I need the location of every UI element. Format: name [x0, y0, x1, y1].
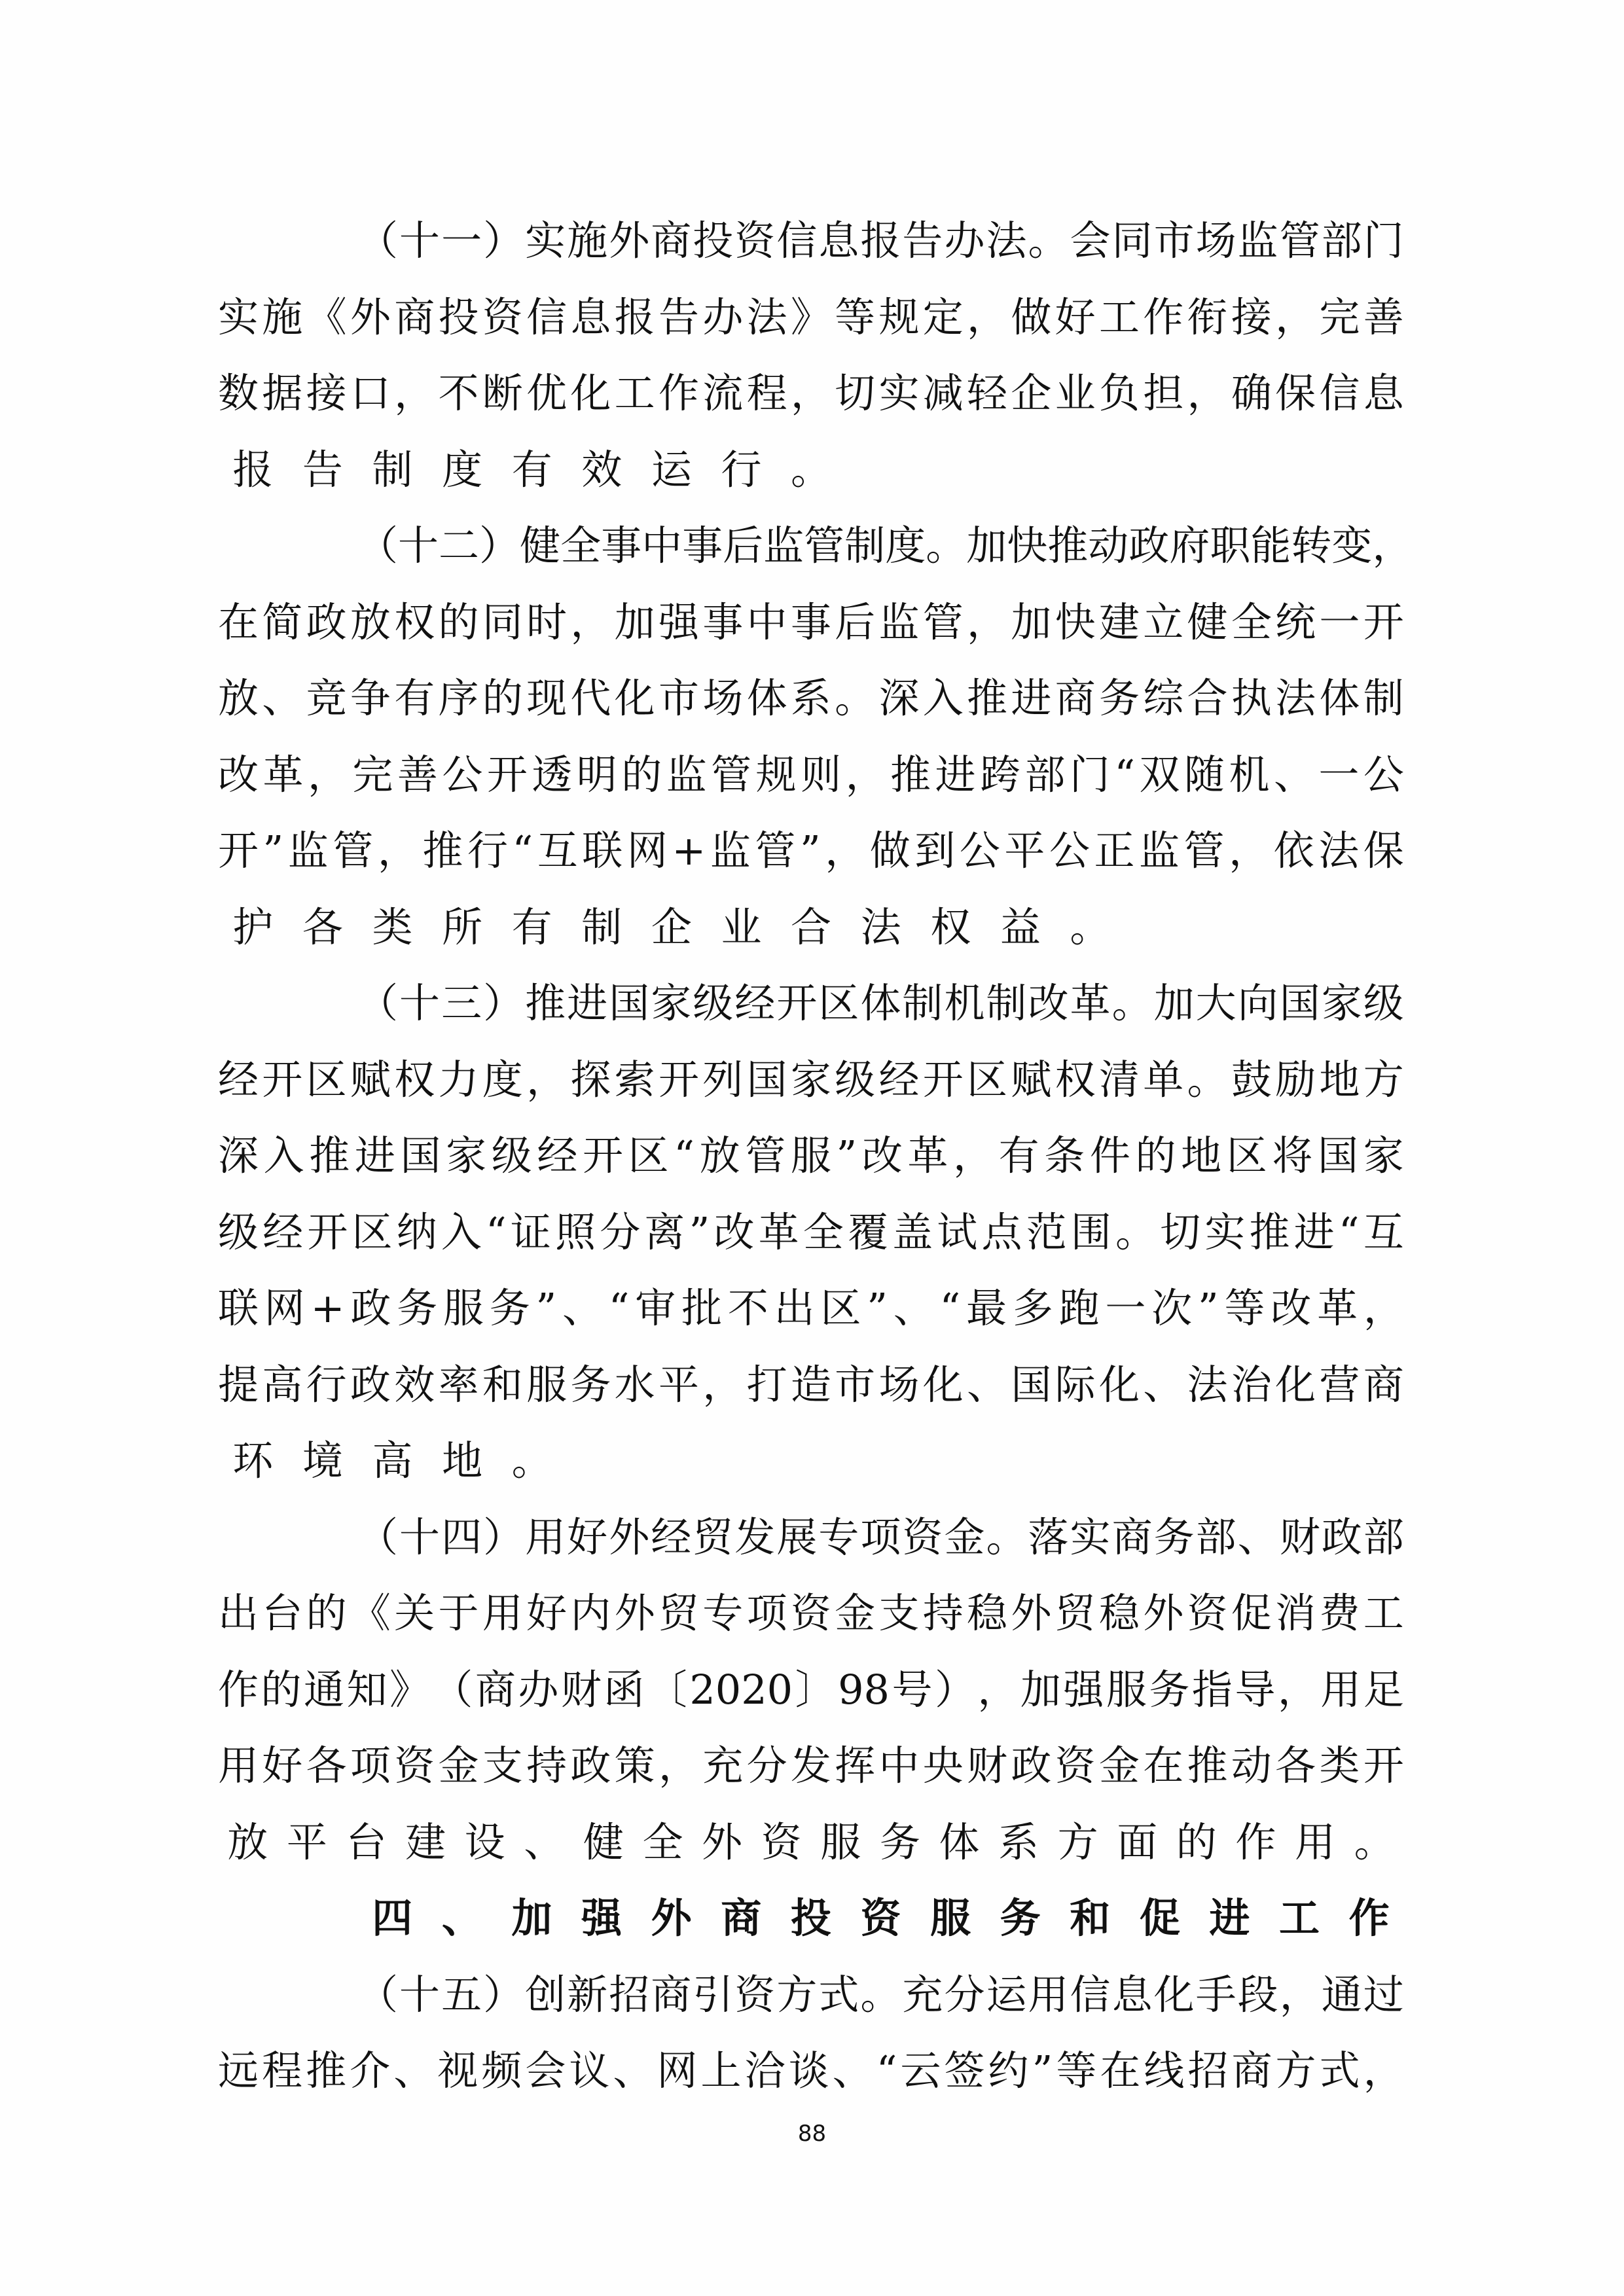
text-line: 改革，完善公开透明的监管规则，推进跨部门“双随机、一公	[218, 737, 1404, 814]
text-line: 作的通知》（商办财函〔2020〕98号），加强服务指导，用足	[218, 1652, 1404, 1729]
text-line: 提高行政效率和服务水平，打造市场化、国际化、法治化营商	[218, 1347, 1404, 1424]
text-line: 实施《外商投资信息报告办法》等规定，做好工作衔接，完善	[218, 279, 1404, 356]
body-text: （十一）实施外商投资信息报告办法。会同市场监管部门实施《外商投资信息报告办法》等…	[218, 203, 1404, 2109]
section-heading: 四、加强外商投资服务和促进工作	[218, 1880, 1404, 1957]
text-line: （十五）创新招商引资方式。充分运用信息化手段，通过	[218, 1957, 1404, 2034]
document-page: （十一）实施外商投资信息报告办法。会同市场监管部门实施《外商投资信息报告办法》等…	[0, 0, 1624, 2296]
page-number: 88	[0, 2121, 1624, 2147]
text-line: 联网+政务服务”、“审批不出区”、“最多跑一次”等改革，	[218, 1270, 1404, 1347]
text-line: 远程推介、视频会议、网上洽谈、“云签约”等在线招商方式，	[218, 2033, 1404, 2109]
text-line: 用好各项资金支持政策，充分发挥中央财政资金在推动各类开	[218, 1728, 1404, 1804]
text-line: 放、竞争有序的现代化市场体系。深入推进商务综合执法体制	[218, 660, 1404, 737]
text-line: 报告制度有效运行。	[218, 432, 1404, 509]
text-line: （十二）健全事中事后监管制度。加快推动政府职能转变，	[218, 508, 1404, 584]
text-line: 在简政放权的同时，加强事中事后监管，加快建立健全统一开	[218, 584, 1404, 661]
text-line: （十四）用好外经贸发展专项资金。落实商务部、财政部	[218, 1499, 1404, 1576]
text-line: 放平台建设、健全外资服务体系方面的作用。	[218, 1804, 1404, 1881]
text-line: 护各类所有制企业合法权益。	[218, 889, 1404, 966]
text-line: 出台的《关于用好内外贸专项资金支持稳外贸稳外资促消费工	[218, 1575, 1404, 1652]
text-line: 开”监管，推行“互联网+监管”，做到公平公正监管，依法保	[218, 813, 1404, 889]
text-line: 数据接口，不断优化工作流程，切实减轻企业负担，确保信息	[218, 355, 1404, 432]
text-line: 环境高地。	[218, 1423, 1404, 1499]
text-line: （十三）推进国家级经开区体制机制改革。加大向国家级	[218, 965, 1404, 1042]
text-line: 经开区赋权力度，探索开列国家级经开区赋权清单。鼓励地方	[218, 1042, 1404, 1119]
text-line: 级经开区纳入“证照分离”改革全覆盖试点范围。切实推进“互	[218, 1194, 1404, 1271]
text-line: 深入推进国家级经开区“放管服”改革，有条件的地区将国家	[218, 1118, 1404, 1194]
text-line: （十一）实施外商投资信息报告办法。会同市场监管部门	[218, 203, 1404, 279]
